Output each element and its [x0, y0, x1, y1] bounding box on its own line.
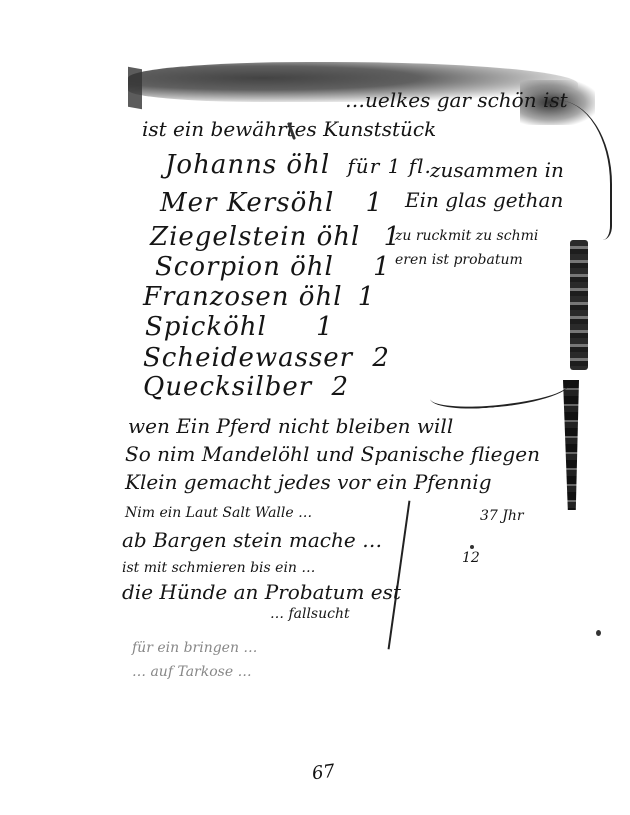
ingredient-3: Scorpion öhl 1: [155, 252, 391, 282]
ink-speck: [470, 545, 474, 549]
instruction-3: eren ist probatum: [395, 252, 523, 268]
ingredient-2: Ziegelstein öhl 1: [150, 222, 401, 252]
margin-note-0: 37 Jhr: [480, 508, 524, 524]
torn-edge-left: [128, 67, 142, 109]
manuscript-page: …uelkes gar schön ist ist ein bewährtes …: [0, 0, 630, 815]
instruction-1: Ein glas gethan: [405, 188, 563, 212]
torn-edge-right-upper: [570, 240, 588, 370]
body-line-9: … auf Tarkose …: [132, 664, 252, 680]
body-line-4: ab Bargen stein mache …: [122, 528, 382, 552]
instruction-0: zusammen in: [430, 158, 564, 182]
body-line-8: für ein bringen …: [132, 640, 257, 656]
body-line-1: So nim Mandelöhl und Spanische fliegen: [125, 442, 540, 466]
margin-note-1: 12: [462, 550, 480, 566]
ingredient-7: Quecksilber 2: [143, 372, 349, 402]
tear-vertical: [388, 501, 411, 650]
body-line-3: Nim ein Laut Salt Walle …: [125, 505, 312, 521]
ingredient-4: Franzosen öhl 1: [143, 282, 375, 312]
header-line-1: …uelkes gar schön ist: [345, 88, 568, 112]
body-line-0: wen Ein Pferd nicht bleiben will: [128, 414, 453, 438]
ingredient-1: Mer Kersöhl 1: [160, 188, 383, 218]
body-line-2: Klein gemacht jedes vor ein Pfennig: [125, 470, 492, 494]
torn-edge-right-lower: [563, 380, 579, 510]
ingredient-6: Scheidewasser 2: [143, 343, 390, 373]
body-line-5: ist mit schmieren bis ein …: [122, 560, 315, 576]
body-line-6: die Hünde an Probatum est: [122, 580, 401, 604]
page-number: 67: [311, 761, 337, 785]
body-line-7: … fallsucht: [270, 606, 350, 622]
ingredient-0: Johanns öhl für 1 fl.: [165, 150, 432, 180]
tear-line: [429, 370, 571, 412]
ingredient-5: Spicköhl 1: [145, 312, 334, 342]
instruction-2: zu ruckmit zu schmi: [395, 228, 538, 244]
ink-speck: [596, 630, 601, 636]
